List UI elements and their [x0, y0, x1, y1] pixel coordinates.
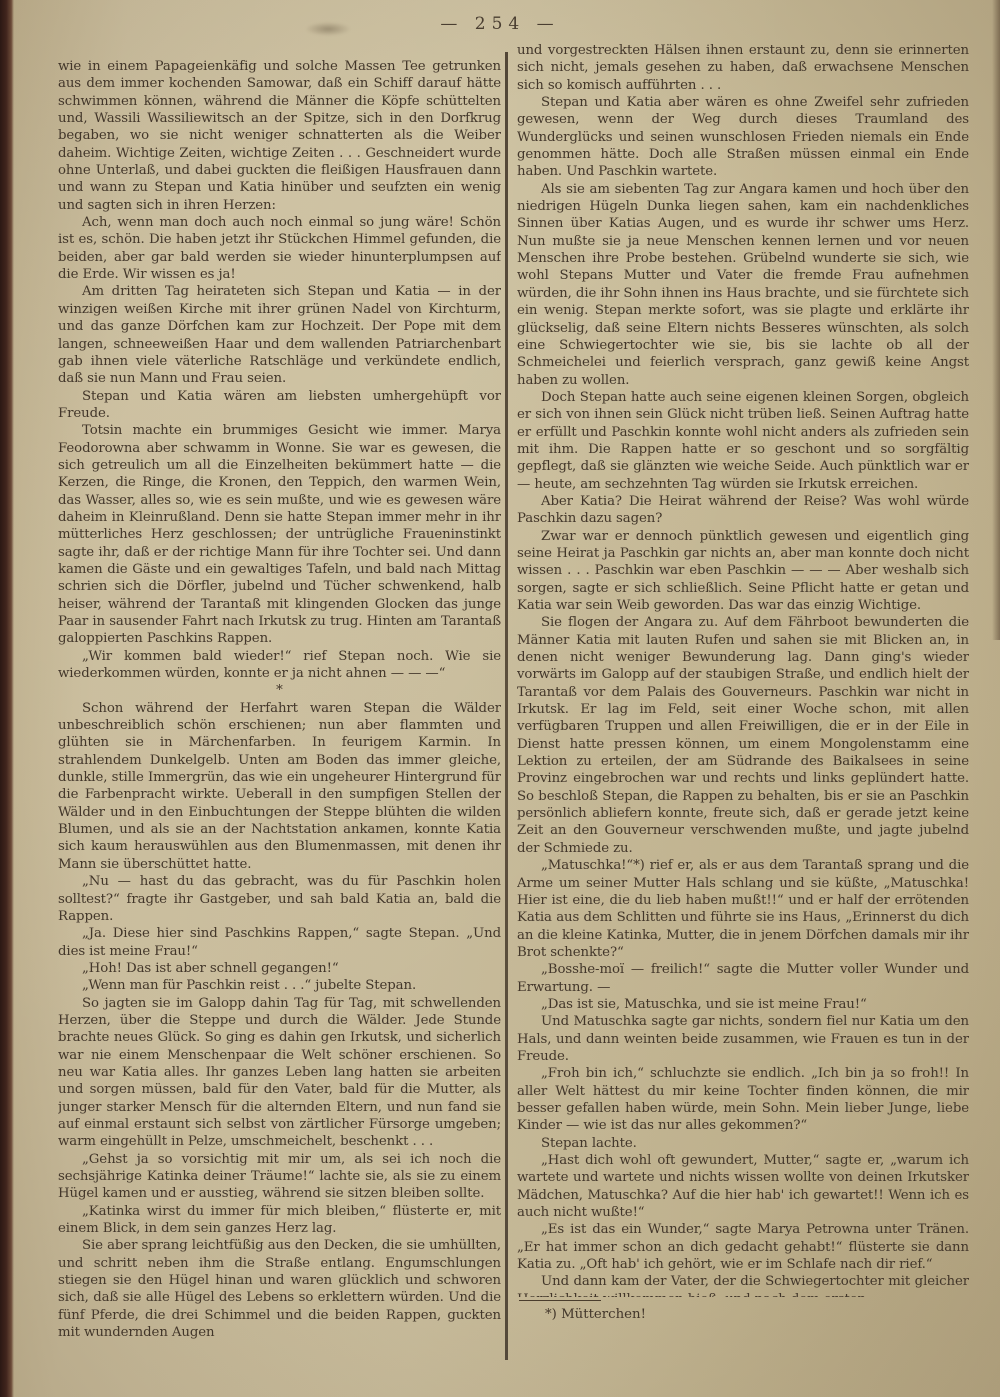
text-column-left: wie in einem Papageienkäfig und solche M… — [58, 58, 501, 1366]
paragraph: Aber Katia? Die Heirat während der Reise… — [517, 493, 969, 528]
footnote-rule — [519, 1300, 601, 1301]
paragraph: „Gehst ja so vorsichtig mit mir um, als … — [58, 1151, 501, 1203]
paragraph: Als sie am siebenten Tag zur Angara kame… — [517, 181, 969, 389]
column-divider-rule — [505, 52, 508, 1360]
paragraph: Und dann kam der Vater, der die Schwiege… — [517, 1273, 969, 1297]
section-separator: * — [58, 682, 501, 699]
paragraph: Sie flogen der Angara zu. Auf dem Fährbo… — [517, 614, 969, 857]
paragraph: Zwar war er dennoch pünktlich gewesen un… — [517, 528, 969, 615]
footnote-text: *) Mütterchen! — [517, 1307, 969, 1322]
book-page: — 254 — wie in einem Papageienkäfig und … — [0, 0, 1000, 1397]
paragraph: Doch Stepan hatte auch seine eigenen kle… — [517, 389, 969, 493]
paragraph: wie in einem Papageienkäfig und solche M… — [58, 58, 501, 214]
paragraph: „Es ist das ein Wunder,“ sagte Marya Pet… — [517, 1221, 969, 1273]
paragraph: Am dritten Tag heirateten sich Stepan un… — [58, 283, 501, 387]
paragraph: Stepan lachte. — [517, 1135, 969, 1152]
footnote-block: *) Mütterchen! — [517, 1300, 969, 1322]
paragraph: So jagten sie im Galopp dahin Tag für Ta… — [58, 995, 501, 1151]
paragraph: Totsin machte ein brummiges Gesicht wie … — [58, 422, 501, 647]
page-gutter-edge — [0, 0, 14, 1397]
paragraph: „Ja. Diese hier sind Paschkins Rappen,“ … — [58, 925, 501, 960]
paragraph: „Froh bin ich,“ schluchzte sie endlich. … — [517, 1065, 969, 1134]
paragraph: Stepan und Katia wären am liebsten umher… — [58, 388, 501, 423]
text-column-right: und vorgestreckten Hälsen ihnen erstaunt… — [517, 42, 969, 1297]
paragraph: Stepan und Katia aber wären es ohne Zwei… — [517, 94, 969, 181]
paragraph: „Wir kommen bald wieder!“ rief Stepan no… — [58, 648, 501, 683]
paragraph: „Matuschka!“*) rief er, als er aus dem T… — [517, 857, 969, 961]
paragraph: „Wenn man für Paschkin reist . . .“ jube… — [58, 977, 501, 994]
paragraph: „Hoh! Das ist aber schnell gegangen!“ — [58, 960, 501, 977]
paragraph: „Hast dich wohl oft gewundert, Mutter,“ … — [517, 1152, 969, 1221]
paragraph: „Nu — hast du das gebracht, was du für P… — [58, 873, 501, 925]
paragraph: und vorgestreckten Hälsen ihnen erstaunt… — [517, 42, 969, 94]
page-number: — 254 — — [0, 14, 1000, 34]
paragraph: „Katinka wirst du immer für mich bleiben… — [58, 1203, 501, 1238]
paragraph: Sie aber sprang leichtfüßig aus den Deck… — [58, 1237, 501, 1341]
paragraph: Schon während der Herfahrt waren Stepan … — [58, 700, 501, 873]
paragraph: „Bosshe-moï — freilich!“ sagte die Mutte… — [517, 961, 969, 996]
paragraph: Und Matuschka sagte gar nichts, sondern … — [517, 1013, 969, 1065]
paragraph: „Das ist sie, Matuschka, und sie ist mei… — [517, 996, 969, 1013]
paragraph: Ach, wenn man doch auch noch einmal so j… — [58, 214, 501, 283]
page-curl-shadow — [992, 0, 1000, 640]
